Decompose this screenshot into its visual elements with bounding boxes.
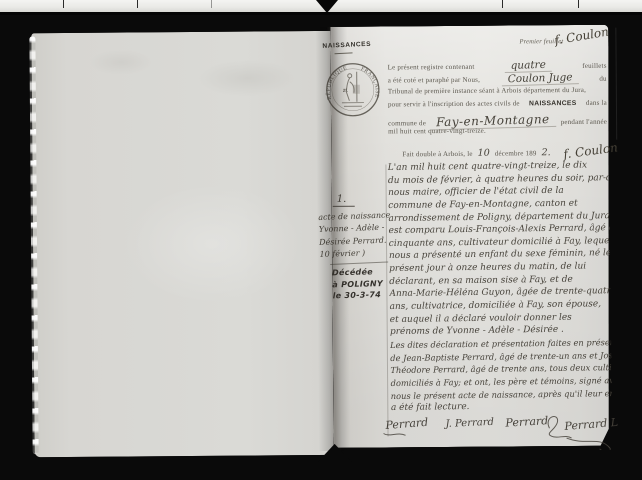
printed-bold-text: NAISSANCES: [529, 100, 577, 107]
printed-text: commune de: [388, 119, 426, 127]
scanned-register-image: NAISSANCES Premier feuillet f. Coulon RÉ…: [0, 0, 642, 480]
handwritten-entry: Fay-en-Montagne: [430, 111, 556, 130]
stamp-arc-right: FRANÇAISE: [360, 66, 380, 99]
printed-text: feuillets: [582, 62, 606, 70]
printed-text: a été coté et paraphé par Nous,: [388, 76, 480, 85]
svg-text:FRANÇAISE: FRANÇAISE: [360, 66, 380, 99]
gutter-fold: [315, 27, 350, 451]
printed-text: Tribunal de première instance séant à Ar…: [388, 86, 586, 96]
left-blank-page: [31, 31, 333, 457]
handwritten-entry: quatre: [505, 59, 553, 73]
printed-text: décembre 189: [495, 150, 537, 158]
register-declaration: Le présent registre contenant quatre feu…: [388, 59, 608, 159]
declaration-date-line: Fait double à Arbois, le 10 décembre 189…: [388, 144, 607, 159]
printed-text: dans la: [586, 99, 607, 107]
signatures-row: Perrard J. Perrard Perrard Perrard L: [381, 410, 613, 452]
handwritten-entry: Coulon Juge: [501, 72, 578, 87]
printed-text: pendant l'année: [561, 117, 607, 125]
printed-text: Fait double à Arbois, le: [402, 150, 472, 159]
birth-act-text: L'an mil huit cent quatre-vingt-treize, …: [388, 160, 612, 423]
printed-text: pour servir à l'inscription des actes ci…: [388, 100, 520, 109]
handwritten-day: 10: [478, 148, 490, 159]
page-edge-highlight: [615, 28, 617, 140]
printed-text: du: [599, 75, 606, 83]
signature-flourish: [381, 410, 613, 452]
declaration-line: commune de Fay-en-Montagne pendant l'ann…: [388, 112, 607, 127]
register-book-spread: NAISSANCES Premier feuillet f. Coulon RÉ…: [0, 0, 642, 480]
handwritten-year: 2.: [542, 148, 551, 159]
printed-text: Le présent registre contenant: [388, 63, 475, 72]
